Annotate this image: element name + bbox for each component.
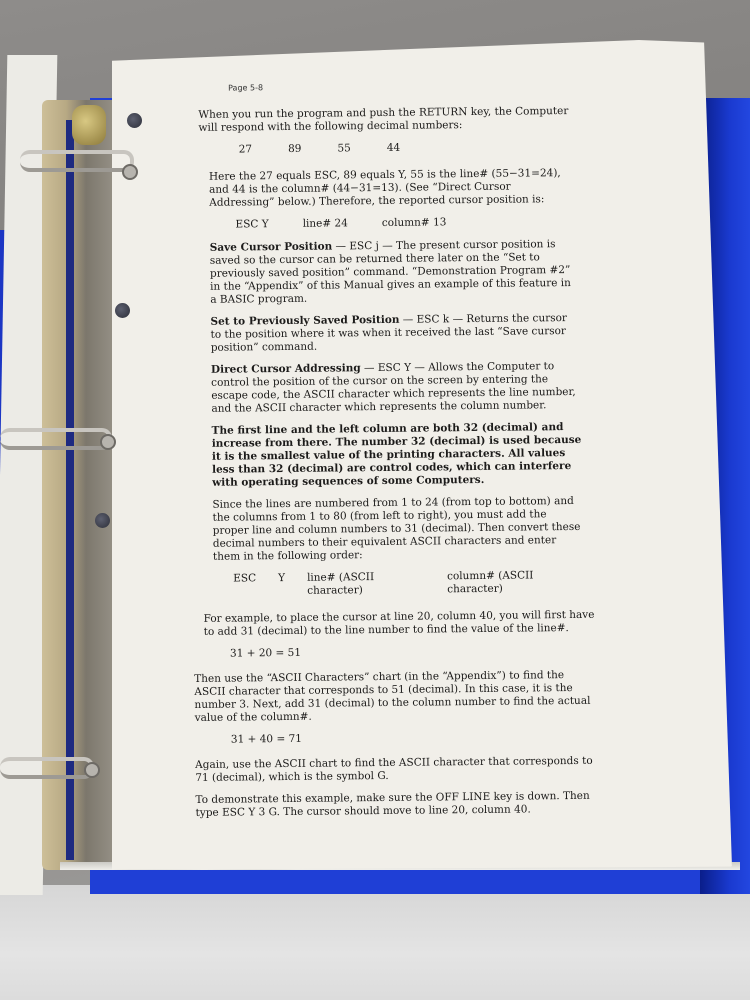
page-number: Page 5-8 — [228, 78, 578, 95]
binder-ring-middle[interactable] — [0, 428, 112, 450]
explanation-paragraph: Here the 27 equals ESC, 89 equals Y, 55 … — [209, 167, 579, 210]
ring-end-icon — [122, 164, 138, 180]
direct-addressing-code: — ESC Y — — [361, 362, 429, 375]
punch-hole-icon — [95, 513, 110, 528]
direct-addressing-heading: Direct Cursor Addressing — [211, 362, 361, 376]
order-column: column# (ASCII character) — [447, 569, 583, 596]
ring-clasp-icon — [72, 105, 106, 145]
table-surface — [0, 885, 750, 1000]
order-esc: ESC — [233, 572, 256, 598]
set-saved-section: Set to Previously Saved Position — ESC k… — [210, 312, 580, 355]
order-line: line# (ASCII character) — [307, 571, 425, 598]
decimal-number: 89 — [288, 143, 302, 156]
numbering-paragraph: Since the lines are numbered from 1 to 2… — [212, 495, 583, 564]
save-cursor-section: Save Cursor Position — ESC j — The prese… — [210, 238, 581, 307]
bold-note-paragraph: The first line and the left column are b… — [212, 421, 583, 490]
binder-ring-top[interactable] — [20, 150, 134, 172]
order-y: Y — [278, 572, 285, 598]
ring-end-icon — [100, 434, 116, 450]
entry-order: ESC Y line# (ASCII character) column# (A… — [233, 569, 583, 599]
punch-hole-icon — [115, 303, 130, 318]
decimal-numbers: 27 89 55 44 — [239, 140, 579, 157]
equation-column: 31 + 40 = 71 — [231, 730, 585, 747]
save-cursor-heading: Save Cursor Position — [210, 240, 333, 253]
decimal-number: 27 — [239, 143, 253, 156]
decimal-number: 44 — [387, 142, 401, 155]
punch-hole-icon — [127, 113, 142, 128]
reported-position: ESC Y line# 24 column# 13 — [235, 215, 579, 232]
set-saved-heading: Set to Previously Saved Position — [210, 314, 399, 328]
position-line: line# 24 — [303, 217, 348, 230]
decimal-number: 55 — [337, 142, 351, 155]
example-paragraph: For example, to place the cursor at line… — [204, 609, 604, 639]
save-cursor-code: — ESC j — — [332, 240, 396, 253]
again-paragraph: Again, use the ASCII chart to find the A… — [195, 755, 595, 785]
equation-line: 31 + 20 = 51 — [230, 644, 584, 661]
position-code: ESC Y — [235, 218, 268, 231]
set-saved-code: — ESC k — — [399, 313, 466, 326]
binder-ring-bottom[interactable] — [0, 757, 94, 779]
chart-use-paragraph: Then use the “ASCII Characters” chart (i… — [194, 669, 595, 725]
ring-end-icon — [84, 762, 100, 778]
ring-mechanism — [42, 100, 122, 870]
position-column: column# 13 — [382, 216, 447, 230]
page-content: Page 5-8 When you run the program and pu… — [188, 78, 586, 829]
ring-mechanism-bar — [66, 120, 74, 860]
intro-paragraph: When you run the program and push the RE… — [198, 105, 578, 135]
demonstrate-paragraph: To demonstrate this example, make sure t… — [195, 790, 615, 820]
direct-addressing-section: Direct Cursor Addressing — ESC Y — Allow… — [211, 360, 582, 416]
